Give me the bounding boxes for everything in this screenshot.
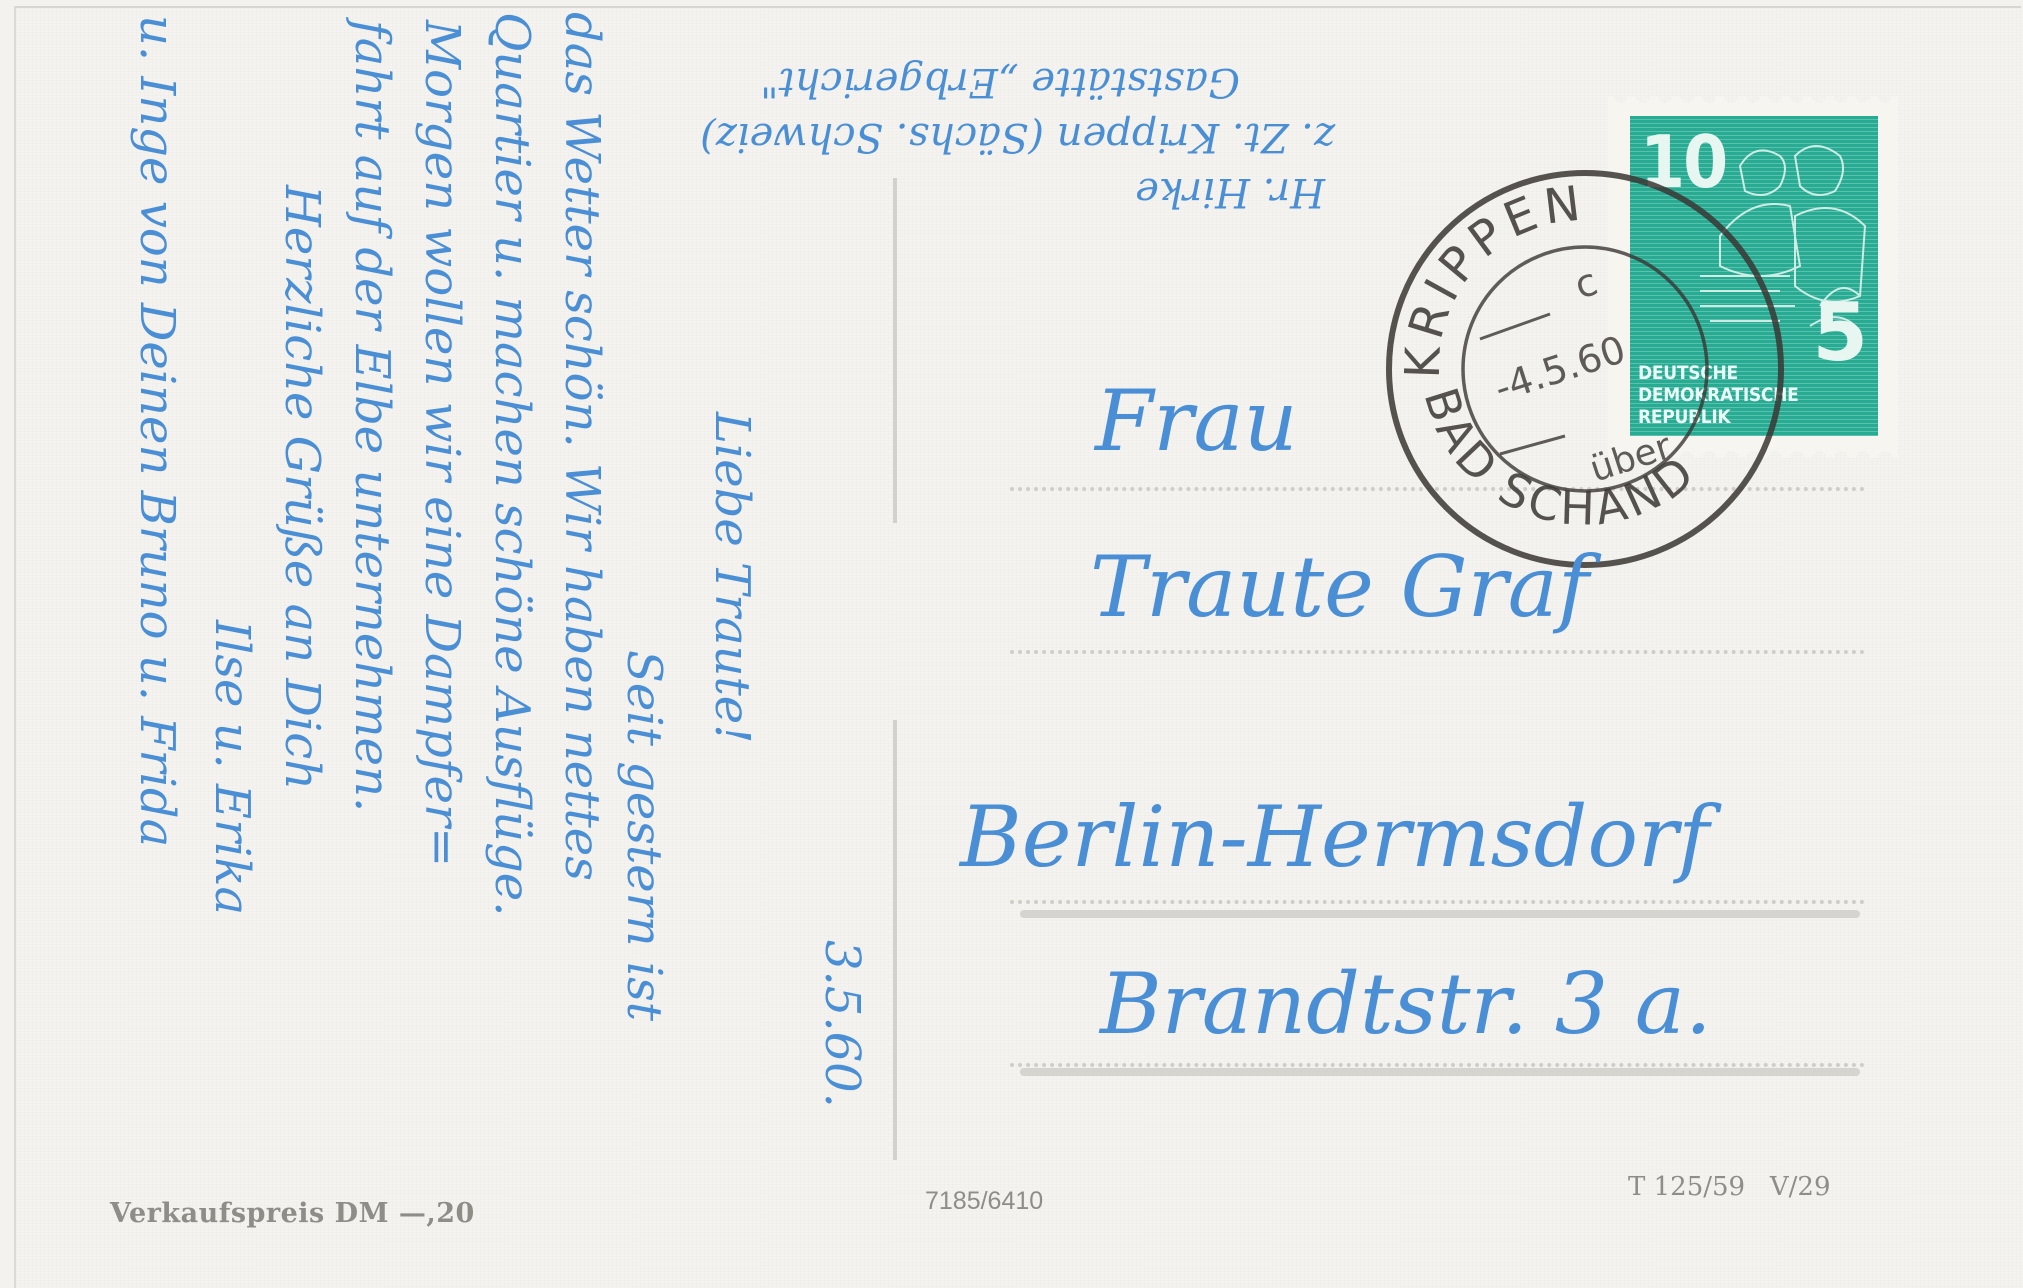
postmark-cancellation: KRIPPEN BAD SCHANDAU c -4.5.60 über [1380, 164, 1790, 574]
address-line-1-text: Frau [1095, 372, 1298, 470]
message-line-3: Quartier u. machen schöne Ausflüge. [484, 12, 540, 916]
message-line-2: das Wetter schön. Wir haben nettes [554, 12, 610, 881]
print-code-right: T 125/59 V/29 [1628, 1172, 1831, 1202]
center-divider-top [893, 178, 897, 523]
message-date: 3.5.60. [814, 940, 870, 1108]
postmark-date: -4.5.60 [1489, 327, 1631, 410]
address-line-4 [1010, 1063, 1865, 1067]
print-code-left: 7185/6410 [925, 1187, 1043, 1216]
address-underline-4 [1020, 1068, 1860, 1076]
postmark-center-letter: c [1569, 259, 1602, 307]
message-line-6: Herzliche Grüße an Dich [274, 185, 330, 790]
address-line-2-text: Traute Graf [1090, 538, 1589, 636]
message-line-4: Morgen wollen wir eine Dampfer= [414, 20, 470, 867]
message-line-7: Ilse u. Erika [204, 620, 260, 915]
sender-line-2: z. Zt. Krippen (Sächs. Schweiz) [700, 114, 1335, 160]
message-greeting: Liebe Traute! [704, 412, 760, 744]
address-line-3-text: Berlin-Hermsdorf [960, 788, 1709, 886]
center-divider-bottom [893, 720, 897, 1160]
address-line-4-text: Brandtstr. 3 a. [1100, 955, 1712, 1053]
address-line-3 [1010, 900, 1865, 904]
price-label: Verkaufspreis DM —,20 [110, 1198, 475, 1229]
message-line-8: u. Inge von Deinen Bruno u. Frida [129, 15, 185, 847]
sender-line-3: Gaststätte „Erbgericht" [760, 59, 1240, 105]
sender-line-1: Hr. Hirke [1135, 169, 1325, 215]
address-underline-3 [1020, 910, 1860, 918]
message-line-1: Seit gestern ist [616, 650, 672, 1021]
message-line-5: fahrt auf der Elbe unternehmen. [344, 20, 400, 812]
address-line-2 [1010, 650, 1865, 654]
